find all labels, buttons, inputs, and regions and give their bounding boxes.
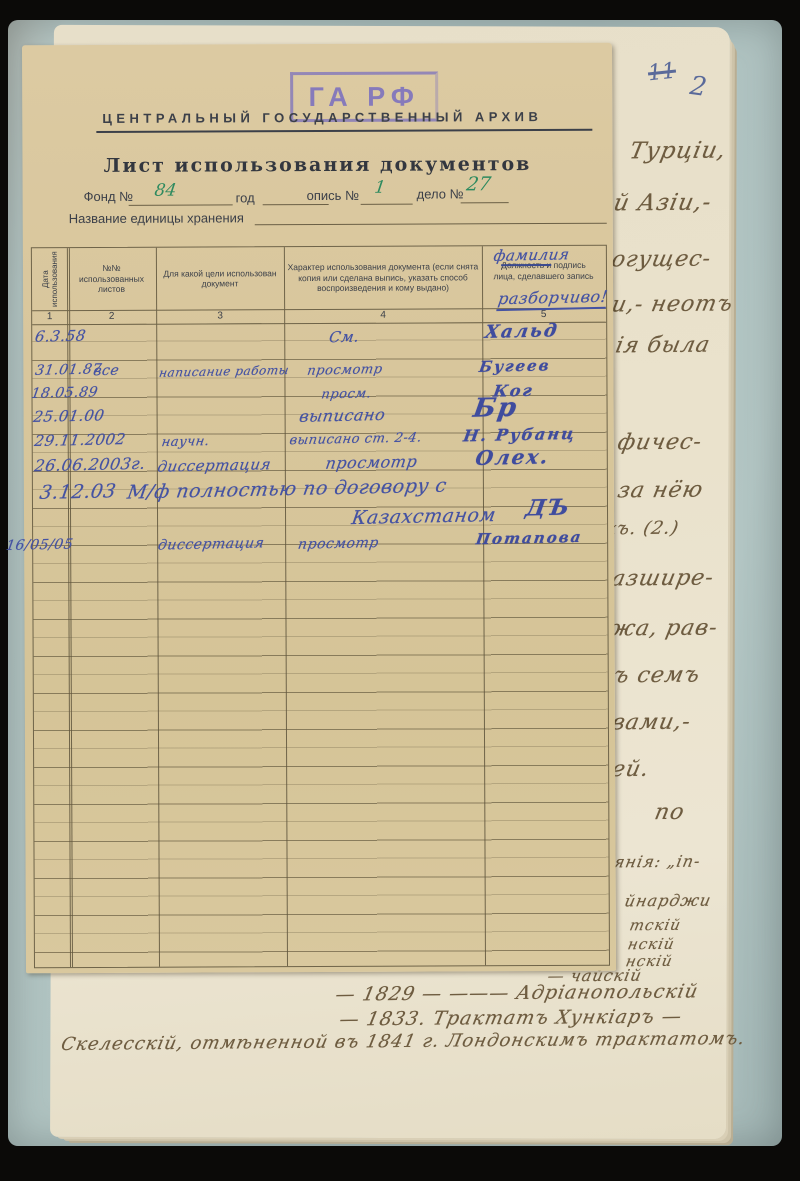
- fragment-line: тскiй: [628, 916, 683, 934]
- crossed-page-number: 11: [647, 59, 677, 87]
- col-number: 4: [284, 309, 482, 321]
- fragment-line: и,- неотъ: [609, 291, 735, 317]
- entry-usage: просмотр: [324, 452, 419, 473]
- entry-signature: Бр: [471, 393, 520, 424]
- entry-usage: См.: [328, 328, 361, 347]
- fragment-line: нскiй: [626, 935, 676, 953]
- entry-signature: Потапова: [475, 528, 584, 548]
- fragment-line: Турцiи,: [627, 138, 728, 165]
- entry-signature: Хальд: [484, 320, 561, 343]
- fragment-line: огущес-: [609, 247, 713, 273]
- archive-letterhead: ЦЕНТРАЛЬНЫЙ ГОСУДАРСТВЕННЫЙ АРХИВ: [102, 109, 582, 126]
- fragment-line: й Азiи,-: [611, 190, 714, 217]
- entry-purpose: научн.: [160, 434, 210, 450]
- annotation-familia: фамилия: [492, 245, 570, 265]
- col4-header: Характер использования документа (если с…: [284, 246, 482, 309]
- entry-date: 25.01.00: [32, 406, 106, 426]
- treaty-note-1833: — 1833. Трактатъ Хункiаръ —: [337, 1006, 684, 1031]
- fragment-line: iя была: [613, 333, 712, 359]
- fragment-line: фичес-: [615, 430, 704, 456]
- entry-usage: выписано: [298, 405, 387, 426]
- entry-usage: просмотр: [297, 535, 380, 553]
- entry-usage: просмотр: [306, 362, 384, 379]
- entry-date: 18.05.89: [30, 384, 99, 401]
- fragment-line: жа, рав-: [607, 616, 720, 642]
- delo-rule: [461, 202, 509, 203]
- entry-date: 6.3.58: [34, 327, 88, 346]
- delo-value: 27: [465, 173, 492, 195]
- entry-signature: Бугеев: [478, 356, 552, 376]
- entry-purpose: написание работы: [158, 363, 290, 380]
- col5-line2-text: лица, сделавшего запись: [493, 270, 593, 280]
- col-number: 5: [482, 309, 605, 321]
- entry-usage: просм.: [320, 386, 372, 402]
- col3-header: Для какой цели использован документ: [156, 247, 284, 310]
- entry-usage-line2: Казахстаном: [350, 504, 497, 529]
- usage-table: Дата использования №№ использованных лис…: [31, 245, 610, 969]
- fragment-line: ей.: [609, 757, 651, 782]
- entry-signature: Н. Рубанц: [462, 424, 578, 445]
- unit-name-label: Название единицы хранения: [69, 210, 244, 226]
- opis-label: опись №: [307, 188, 359, 203]
- fragment-line: за нёю: [615, 478, 705, 504]
- entry-signature: Олех.: [474, 444, 552, 470]
- opis-value: 1: [373, 178, 387, 198]
- col1-header-text: Дата использования: [40, 251, 58, 307]
- entry-signature: ДЪ: [524, 495, 573, 522]
- entry-date: 29.11.2002: [33, 430, 127, 450]
- year-label: год: [236, 190, 255, 205]
- fragment-line: ъ семъ: [611, 663, 702, 689]
- fond-rule: [129, 204, 233, 205]
- entry-sheets: все: [92, 363, 120, 380]
- entry-purpose: диссертация: [157, 535, 266, 553]
- col2-header: №№ использованных листов: [67, 248, 156, 310]
- fond-label: Фонд №: [84, 189, 134, 204]
- col-number: 2: [67, 311, 156, 322]
- fragment-line: вами,-: [609, 710, 693, 736]
- treaty-note-1829: — 1829 — ——— Адрiанопольскiй: [333, 980, 700, 1005]
- fragment-line: йнарджи: [623, 891, 713, 911]
- form-title: Лист использования документов: [22, 153, 612, 178]
- fragment-line: азшире-: [609, 566, 716, 592]
- entry-date: 3.12.03: [38, 480, 118, 504]
- delo-label: дело №: [417, 186, 464, 201]
- year-rule: [263, 204, 329, 205]
- fragment-line: по: [652, 800, 687, 825]
- letterhead-rule: [96, 129, 592, 133]
- entry-usage: выписано ст. 2-4.: [288, 430, 423, 448]
- unit-name-rule: [255, 223, 607, 226]
- table-header-row: Дата использования №№ использованных лис…: [32, 246, 606, 312]
- page-number: 2: [688, 71, 709, 103]
- col1-header: Дата использования: [32, 248, 67, 310]
- archival-scan: 11 2 Турцiи, й Азiи,- огущес- и,- неотъ …: [0, 0, 800, 1181]
- col-number: 3: [156, 310, 284, 322]
- entry-date: 16/05/05: [5, 536, 75, 553]
- usage-sheet-form: ГА РФ ЦЕНТРАЛЬНЫЙ ГОСУДАРСТВЕННЫЙ АРХИВ …: [22, 43, 616, 974]
- entry-purpose: диссертация: [156, 455, 272, 475]
- fragment-line: iянiя: „in-: [606, 852, 703, 872]
- col-number: 1: [32, 311, 67, 322]
- fond-value: 84: [153, 181, 177, 201]
- opis-rule: [361, 204, 413, 205]
- treaty-note-1841: Скелесскiй, отмѣненной въ 1841 г. Лондон…: [59, 1028, 747, 1055]
- entry-date: 26.06.2003г.: [33, 454, 147, 475]
- fragment-line: хъ. (2.): [604, 518, 681, 540]
